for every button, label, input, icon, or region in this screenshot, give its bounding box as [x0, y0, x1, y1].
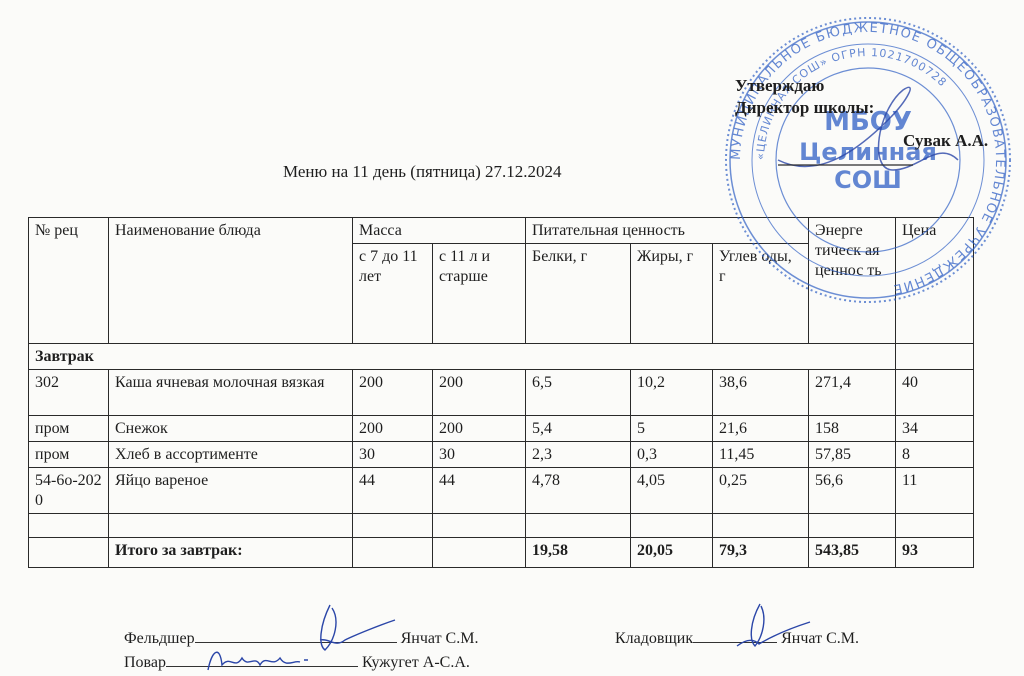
section-breakfast: Завтрак — [29, 344, 896, 370]
header-row: № рец Наименование блюда Масса Питательн… — [29, 218, 974, 244]
cell-price: 8 — [896, 442, 974, 468]
total-label: Итого за завтрак: — [109, 538, 353, 568]
cell-energy: 158 — [809, 416, 896, 442]
cell-dish-name: Яйцо вареное — [109, 468, 353, 514]
cell-proteins: 6,5 — [526, 370, 631, 416]
cell-dish-name: Хлеб в ассортименте — [109, 442, 353, 468]
total-fats: 20,05 — [631, 538, 713, 568]
cell-dish-name: Снежок — [109, 416, 353, 442]
cell-carbs: 0,25 — [713, 468, 809, 514]
cell-rec: пром — [29, 442, 109, 468]
header-proteins: Белки, г — [526, 244, 631, 344]
signature-cook: Повар Кужугет А-С.А. — [124, 652, 470, 672]
total-row: Итого за завтрак: 19,58 20,05 79,3 543,8… — [29, 538, 974, 568]
signature-paramedic: Фельдшер Янчат С.М. — [124, 628, 478, 648]
cell-fats: 4,05 — [631, 468, 713, 514]
approval-label: Утверждаю — [735, 75, 874, 97]
total-energy: 543,85 — [809, 538, 896, 568]
header-energy: Энерге тическ ая ценнос ть — [809, 218, 896, 344]
cell-rec: пром — [29, 416, 109, 442]
cell-carbs: 11,45 — [713, 442, 809, 468]
cell-fats: 0,3 — [631, 442, 713, 468]
table-row: пром Снежок 200 200 5,4 5 21,6 158 34 — [29, 416, 974, 442]
cell-fats: 5 — [631, 416, 713, 442]
table-row: 302 Каша ячневая молочная вязкая 200 200… — [29, 370, 974, 416]
cell-mass-11-plus: 30 — [433, 442, 526, 468]
header-mass-11-plus: с 11 л и старше — [433, 244, 526, 344]
page-title: Меню на 11 день (пятница) 27.12.2024 — [283, 162, 562, 182]
cell-mass-11-plus: 200 — [433, 416, 526, 442]
cell-price: 40 — [896, 370, 974, 416]
cell-mass-7-11: 200 — [353, 416, 433, 442]
total-proteins: 19,58 — [526, 538, 631, 568]
stamp-center-line3: СОШ — [834, 166, 902, 194]
cell-mass-11-plus: 44 — [433, 468, 526, 514]
header-carbs: Углев оды, г — [713, 244, 809, 344]
table-row: пром Хлеб в ассортименте 30 30 2,3 0,3 1… — [29, 442, 974, 468]
cell-mass-11-plus: 200 — [433, 370, 526, 416]
header-nutrition: Питательная ценность — [526, 218, 809, 244]
storekeeper-name: Янчат С.М. — [781, 630, 859, 647]
paramedic-role: Фельдшер — [124, 630, 195, 647]
header-mass: Масса — [353, 218, 526, 244]
cell-fats: 10,2 — [631, 370, 713, 416]
cell-price: 11 — [896, 468, 974, 514]
section-row: Завтрак — [29, 344, 974, 370]
paramedic-name: Янчат С.М. — [401, 630, 479, 647]
header-price: Цена — [896, 218, 974, 344]
cell-mass-7-11: 30 — [353, 442, 433, 468]
cell-dish-name: Каша ячневая молочная вязкая — [109, 370, 353, 416]
header-rec-no: № рец — [29, 218, 109, 344]
cell-energy: 56,6 — [809, 468, 896, 514]
storekeeper-role: Кладовщик — [615, 630, 693, 647]
cell-carbs: 21,6 — [713, 416, 809, 442]
cook-name: Кужугет А-С.А. — [362, 654, 470, 671]
signature-storekeeper: Кладовщик Янчат С.М. — [615, 628, 859, 648]
cell-energy: 57,85 — [809, 442, 896, 468]
header-fats: Жиры, г — [631, 244, 713, 344]
cell-mass-7-11: 44 — [353, 468, 433, 514]
cell-energy: 271,4 — [809, 370, 896, 416]
empty-row — [29, 514, 974, 538]
cell-price: 34 — [896, 416, 974, 442]
table-row: 54-6о-2020 Яйцо вареное 44 44 4,78 4,05 … — [29, 468, 974, 514]
menu-table: № рец Наименование блюда Масса Питательн… — [28, 217, 974, 568]
cell-proteins: 2,3 — [526, 442, 631, 468]
header-dish-name: Наименование блюда — [109, 218, 353, 344]
header-mass-7-11: с 7 до 11 лет — [353, 244, 433, 344]
cell-rec: 54-6о-2020 — [29, 468, 109, 514]
total-price: 93 — [896, 538, 974, 568]
cell-carbs: 38,6 — [713, 370, 809, 416]
cell-mass-7-11: 200 — [353, 370, 433, 416]
total-carbs: 79,3 — [713, 538, 809, 568]
approval-block: Утверждаю Директор школы: Сувак А.А. — [735, 75, 874, 119]
cell-proteins: 4,78 — [526, 468, 631, 514]
cell-proteins: 5,4 — [526, 416, 631, 442]
director-name: Сувак А.А. — [903, 130, 988, 152]
cook-role: Повар — [124, 654, 166, 671]
director-label: Директор школы: — [735, 97, 874, 119]
cell-rec: 302 — [29, 370, 109, 416]
